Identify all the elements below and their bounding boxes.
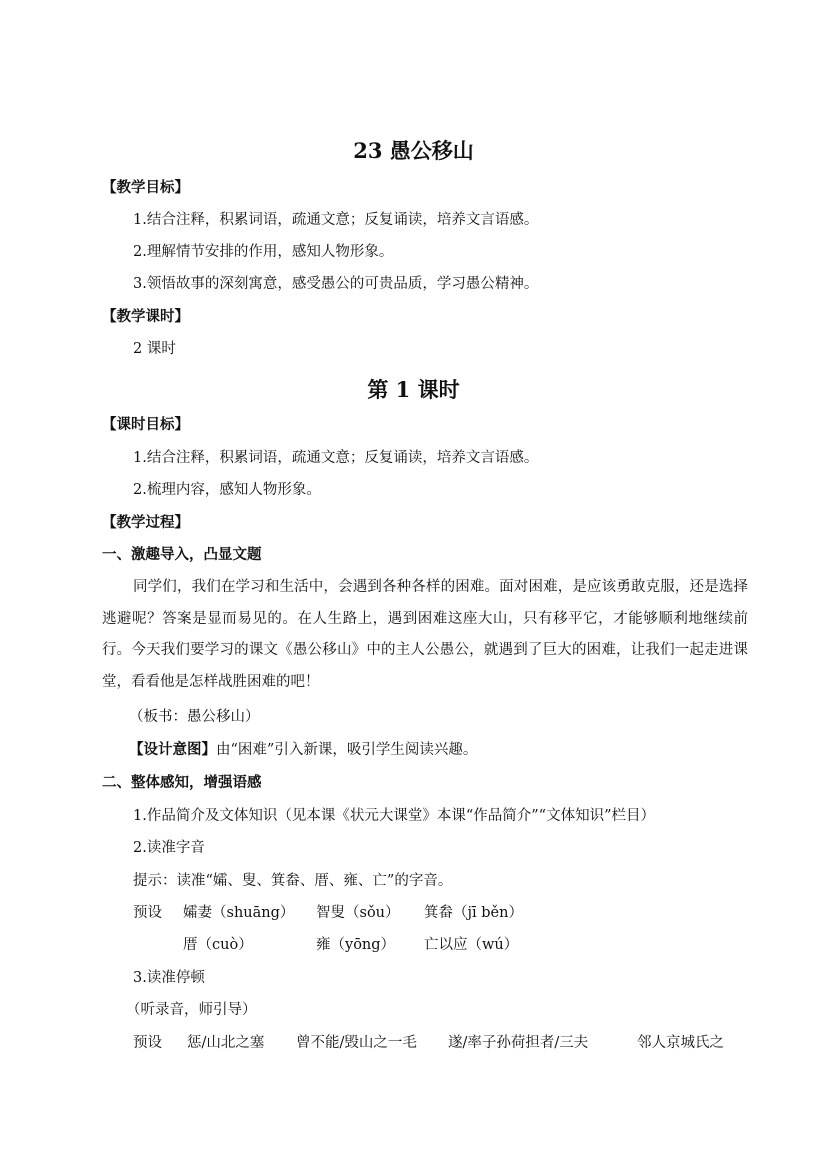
intro-paragraph: 同学们，我们在学习和生活中，会遇到各种各样的困难。面对困难，是应该勇敢克服，还是… bbox=[102, 572, 748, 699]
board-note: （板书：愚公移山） bbox=[129, 707, 260, 727]
pause-item: 邻人京城氏之 bbox=[637, 1033, 724, 1053]
pronunciation-item: 亡以应（wú） bbox=[424, 935, 518, 955]
item3-note: （听录音，师引导） bbox=[126, 1000, 257, 1020]
preset-label: 预设 bbox=[133, 903, 162, 923]
teaching-goal-item: 1.结合注释，积累词语，疏通文意；反复诵读，培养文言语感。 bbox=[133, 210, 538, 230]
document-page: 23 愚公移山 【教学目标】 1.结合注释，积累词语，疏通文意；反复诵读，培养文… bbox=[0, 0, 827, 1169]
pronunciation-item: 雍（yōng） bbox=[316, 935, 395, 955]
document-title: 23 愚公移山 bbox=[0, 137, 827, 165]
part1-heading: 一、激趣导入，凸显文题 bbox=[102, 545, 262, 565]
part2-item2: 2.读准字音 bbox=[133, 838, 205, 858]
design-intent-text: 由“困难”引入新课，吸引学生阅读兴趣。 bbox=[216, 742, 477, 758]
pronunciation-item: 箕畚（jī běn） bbox=[424, 903, 523, 923]
pronunciation-item: 厝（cuò） bbox=[183, 935, 253, 955]
part2-item3: 3.读准停顿 bbox=[133, 968, 205, 988]
design-intent-label: 【设计意图】 bbox=[129, 741, 216, 758]
process-heading: 【教学过程】 bbox=[102, 513, 189, 533]
pronunciation-hint: 提示：读准“孀、叟、箕畚、厝、雍、亡”的字音。 bbox=[133, 871, 452, 891]
pronunciation-item: 智叟（sǒu） bbox=[316, 903, 400, 923]
lesson-goal-item: 1.结合注释，积累词语，疏通文意；反复诵读，培养文言语感。 bbox=[133, 448, 538, 468]
part2-heading: 二、整体感知，增强语感 bbox=[102, 773, 262, 793]
pause-item: 遂/率子孙荷担者/三夫 bbox=[448, 1033, 588, 1053]
teaching-goals-heading: 【教学目标】 bbox=[102, 178, 189, 198]
teaching-goal-item: 2.理解情节安排的作用，感知人物形象。 bbox=[133, 242, 393, 262]
pronunciation-item: 孀妻（shuāng） bbox=[183, 903, 294, 923]
design-intent: 【设计意图】由“困难”引入新课，吸引学生阅读兴趣。 bbox=[129, 740, 477, 760]
part2-item1: 1.作品简介及文体知识（见本课《状元大课堂》本课“作品简介”“文体知识”栏目） bbox=[133, 806, 655, 826]
pause-item: 惩/山北之塞 bbox=[187, 1033, 264, 1053]
teaching-hours-heading: 【教学课时】 bbox=[102, 307, 189, 327]
teaching-goal-item: 3.领悟故事的深刻寓意，感受愚公的可贵品质，学习愚公精神。 bbox=[133, 274, 538, 294]
teaching-hours-value: 2 课时 bbox=[133, 339, 176, 359]
preset-label: 预设 bbox=[133, 1033, 162, 1053]
lesson-title: 第 1 课时 bbox=[0, 376, 827, 404]
lesson-goals-heading: 【课时目标】 bbox=[102, 415, 189, 435]
pause-item: 曾不能/毁山之一毛 bbox=[296, 1033, 417, 1053]
lesson-goal-item: 2.梳理内容，感知人物形象。 bbox=[133, 480, 321, 500]
